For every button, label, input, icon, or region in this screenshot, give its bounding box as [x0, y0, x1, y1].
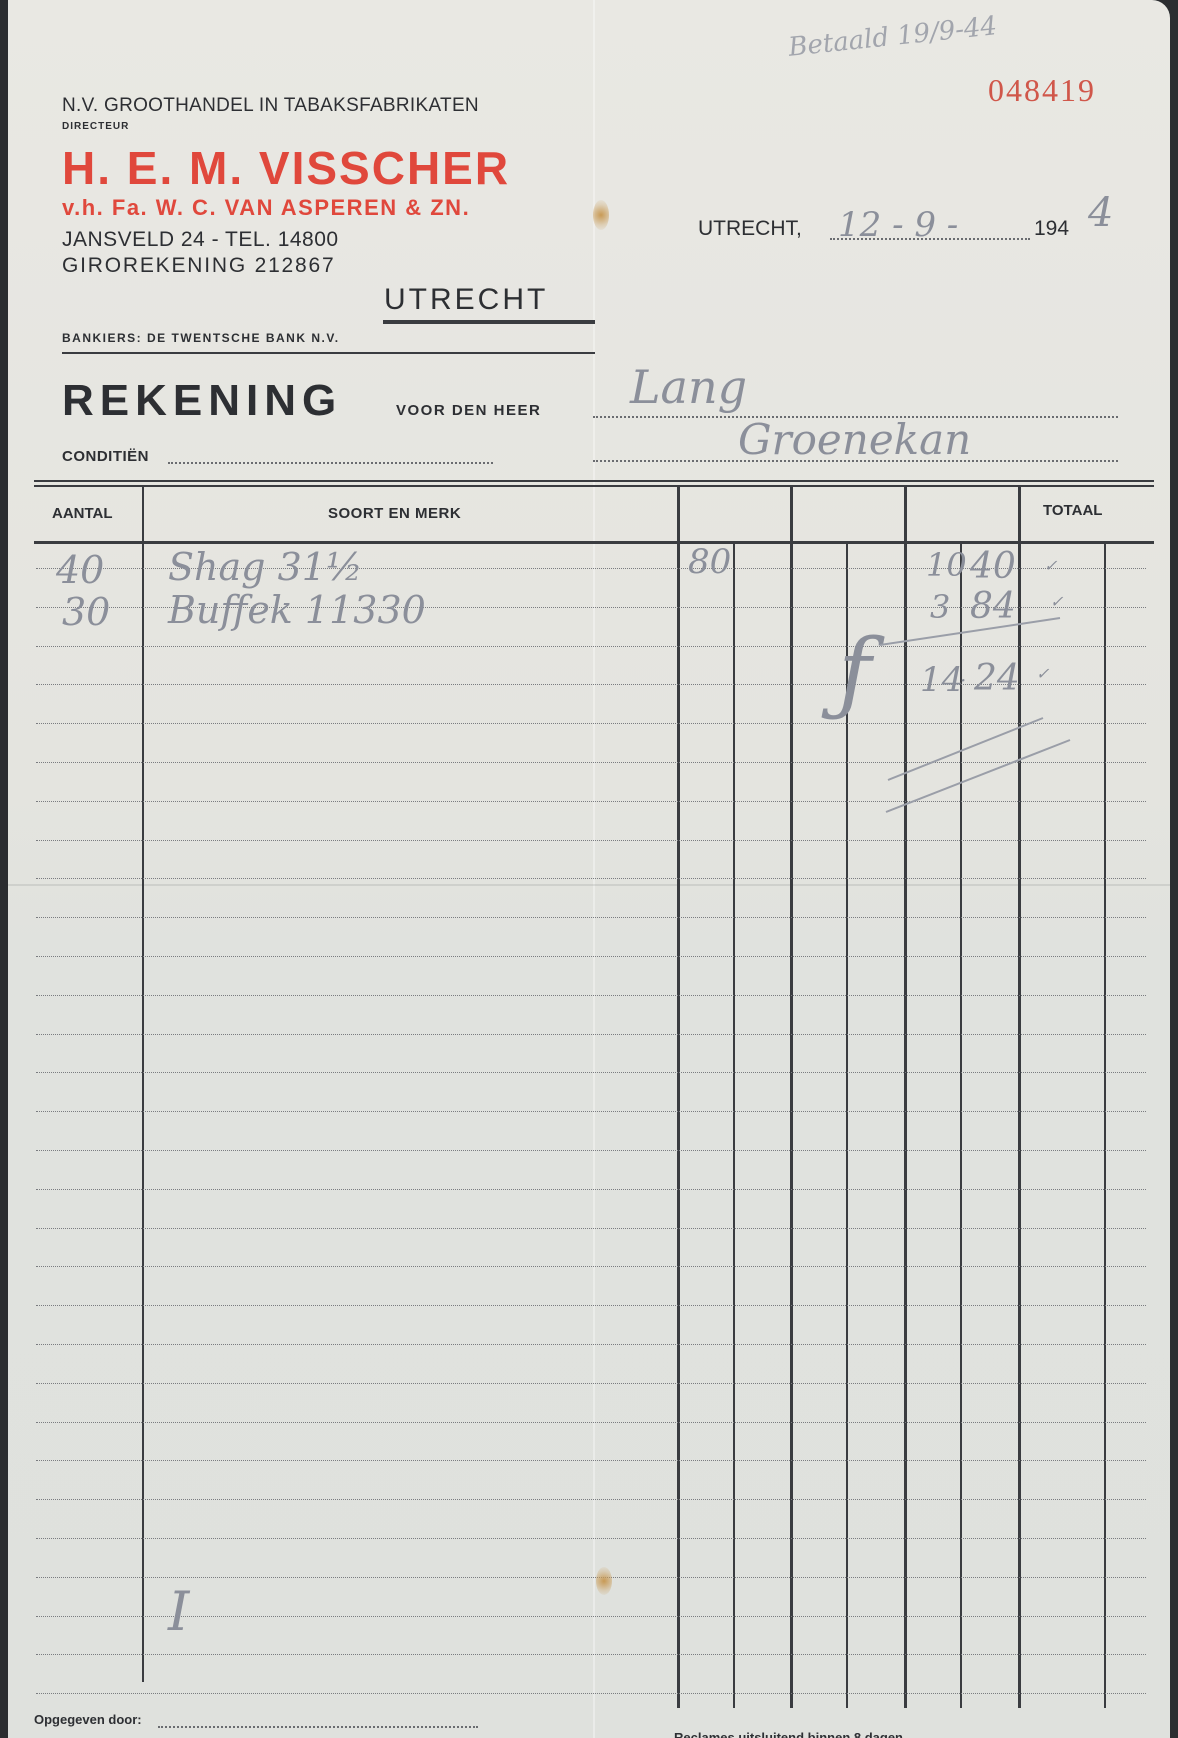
- row-dotted-line: [36, 1228, 1146, 1229]
- row-dotted-line: [36, 1305, 1146, 1306]
- header-description: SOORT EN MERK: [328, 505, 461, 522]
- complaints-note: Reclames uitsluitend binnen 8 dagen...: [674, 1730, 914, 1738]
- recipient-name: Lang: [630, 360, 747, 414]
- conditions-dotted-line: [168, 462, 493, 464]
- address-line: JANSVELD 24 - TEL. 14800: [62, 228, 339, 252]
- row1-cents: 40: [970, 546, 1016, 587]
- recipient-place: Groenekan: [738, 415, 971, 464]
- letterhead-divider: [62, 352, 595, 354]
- year-suffix: 4: [1088, 190, 1113, 236]
- successor-line: v.h. Fa. W. C. VAN ASPEREN & ZN.: [62, 195, 470, 221]
- row2-description: Buffek 11330: [168, 588, 426, 632]
- invoice-title: REKENING: [62, 376, 342, 426]
- row-dotted-line: [36, 1344, 1146, 1345]
- row-dotted-line: [36, 1150, 1146, 1151]
- table-top-rule-2: [34, 485, 1154, 487]
- table-top-rule: [34, 480, 1154, 482]
- row-dotted-line: [36, 878, 1146, 879]
- margin-mark: I: [168, 1580, 189, 1643]
- col-line-qty: [142, 486, 144, 1682]
- row-dotted-line: [36, 1111, 1146, 1112]
- row-dotted-line: [36, 1189, 1146, 1190]
- owner-name: H. E. M. VISSCHER: [62, 141, 510, 195]
- giro-line: GIROREKENING 212867: [62, 254, 335, 278]
- col-line-2: [790, 486, 793, 1708]
- city-name: UTRECHT: [384, 283, 548, 317]
- row1-quantity: 40: [56, 548, 104, 592]
- submitted-by-dotted-line: [158, 1726, 478, 1728]
- row-dotted-line: [36, 1383, 1146, 1384]
- city-underline: [383, 320, 595, 324]
- row-dotted-line: [36, 1072, 1146, 1073]
- pencil-strokes: [868, 600, 1108, 830]
- recipient-label: VOOR DEN HEER: [396, 402, 541, 419]
- row-dotted-line: [36, 1034, 1146, 1035]
- paid-note: Betaald 19/9-44: [787, 11, 998, 63]
- row1-guilders: 10: [926, 546, 967, 584]
- year-prefix: 194: [1034, 217, 1069, 241]
- date-value: 12 - 9 -: [838, 205, 958, 245]
- row-dotted-line: [36, 1422, 1146, 1423]
- row-dotted-line: [36, 1460, 1146, 1461]
- row2-quantity: 30: [62, 590, 110, 634]
- submitted-by-label: Opgegeven door:: [34, 1712, 142, 1727]
- company-line: N.V. GROOTHANDEL IN TABAKSFABRIKATEN: [62, 95, 479, 117]
- date-label: UTRECHT,: [698, 217, 802, 241]
- row-dotted-line: [36, 840, 1146, 841]
- director-label: DIRECTEUR: [62, 121, 129, 132]
- row1-price: 80: [688, 542, 731, 582]
- row-dotted-line: [36, 1654, 1146, 1655]
- row-dotted-line: [36, 995, 1146, 996]
- col-line-price: [677, 486, 680, 1708]
- row-dotted-line: [36, 1499, 1146, 1500]
- bankers-line: BANKIERS: DE TWENTSCHE BANK N.V.: [62, 331, 340, 345]
- paper-fold-horizontal: [8, 884, 1170, 886]
- header-total: TOTAAL: [1043, 502, 1102, 519]
- row-dotted-line: [36, 1693, 1146, 1694]
- row1-description: Shag 31½: [168, 545, 363, 589]
- paper-fold-vertical: [593, 0, 595, 1738]
- row-dotted-line: [36, 1266, 1146, 1267]
- rust-stain-top: [593, 200, 609, 230]
- conditions-label: CONDITIËN: [62, 448, 149, 465]
- row-dotted-line: [36, 956, 1146, 957]
- header-quantity: AANTAL: [52, 505, 113, 522]
- row-dotted-line: [36, 1616, 1146, 1617]
- row-dotted-line: [36, 1577, 1146, 1578]
- invoice-paper: N.V. GROOTHANDEL IN TABAKSFABRIKATEN DIR…: [8, 0, 1170, 1738]
- row-dotted-line: [36, 1538, 1146, 1539]
- guilder-symbol: ƒ: [838, 620, 871, 725]
- invoice-number: 048419: [988, 72, 1096, 109]
- rust-stain-bottom: [596, 1567, 612, 1595]
- table-header-rule: [34, 541, 1154, 544]
- row-dotted-line: [36, 917, 1146, 918]
- col-subline-1: [733, 543, 735, 1708]
- row1-check: ✓: [1044, 556, 1057, 575]
